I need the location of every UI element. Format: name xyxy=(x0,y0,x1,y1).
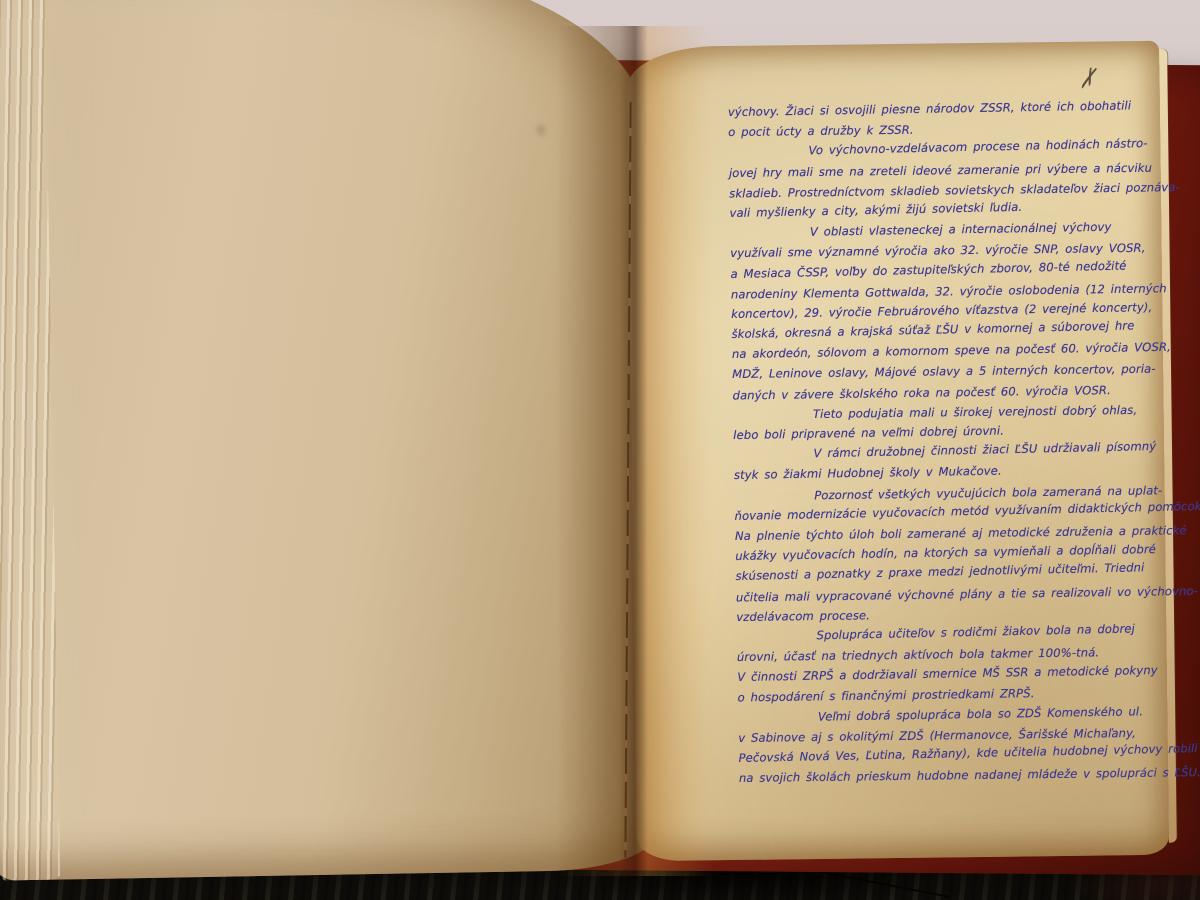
handwritten-line-text: V činnosti ZRPŠ a dodržiavali smernice M… xyxy=(737,663,1158,684)
handwritten-line-text: narodeniny Klementa Gottwalda, 32. výroč… xyxy=(731,281,1167,301)
handwritten-line-text: MDŽ, Leninove oslavy, Májové oslavy a 5 … xyxy=(732,362,1156,381)
handwritten-line-text: Tieto podujatia mali u širokej verejnost… xyxy=(813,403,1137,421)
handwritten-line-text: vzdelávacom procese. xyxy=(736,608,870,624)
handwritten-line-text: Veľmi dobrá spolupráca bola so ZDŠ Komen… xyxy=(818,704,1143,723)
handwritten-line-text: na svojich školách prieskum hudobne nada… xyxy=(739,765,1200,785)
left-blank-page xyxy=(0,0,658,881)
handwritten-line-text: styk so žiakmi Hudobnej školy v Mukačove… xyxy=(734,464,1002,482)
handwritten-line: na svojich školách prieskum hudobne nada… xyxy=(739,763,1171,789)
handwritten-line-text: výchovy. Žiaci si osvojili piesne národo… xyxy=(728,98,1131,119)
handwritten-line-text: Na plnenie týchto úloh boli zamerané aj … xyxy=(735,523,1187,543)
pen-mark: ✗ xyxy=(1077,61,1100,99)
handwritten-line-text: učitelia mali vypracované výchovné plány… xyxy=(736,583,1198,604)
handwritten-line-text: o hospodárení s finančnými prostriedkami… xyxy=(738,687,1035,705)
handwritten-line-text: jovej hry mali sme na zreteli ideové zam… xyxy=(729,160,1152,179)
ink-smudge xyxy=(533,121,549,139)
handwritten-text-block: výchovy. Žiaci si osvojili piesne národo… xyxy=(728,95,1171,788)
right-written-page: ✗ výchovy. Žiaci si osvojili piesne náro… xyxy=(627,41,1169,861)
page-edge-stack xyxy=(0,0,60,881)
photo-scene: ✗ výchovy. Žiaci si osvojili piesne náro… xyxy=(0,0,1200,900)
handwritten-line-text: daných v závere školského roka na počesť… xyxy=(732,383,1110,402)
handwritten-line-text: vali myšlienky a city, akými žijú soviet… xyxy=(729,200,1022,220)
handwritten-line-text: skúsenosti a poznatky z praxe medzi jedn… xyxy=(735,561,1144,584)
handwritten-line-text: o pocit úcty a družby k ZSSR. xyxy=(728,123,914,139)
handwritten-line-text: V oblasti vlasteneckej a internacionálne… xyxy=(810,220,1112,239)
handwritten-line-text: úrovni, účasť na triednych aktívoch bola… xyxy=(737,645,1099,664)
handwritten-line-text: Vo výchovno-vzdelávacom procese na hodin… xyxy=(808,136,1147,157)
handwritten-line-text: V rámci družobnej činnosti žiaci ĽŠU udr… xyxy=(813,439,1156,460)
handwritten-line-text: Spolupráca učiteľov s rodičmi žiakov bol… xyxy=(816,621,1135,642)
handwritten-line-text: na akordeón, sólovom a komornom speve na… xyxy=(732,340,1171,361)
